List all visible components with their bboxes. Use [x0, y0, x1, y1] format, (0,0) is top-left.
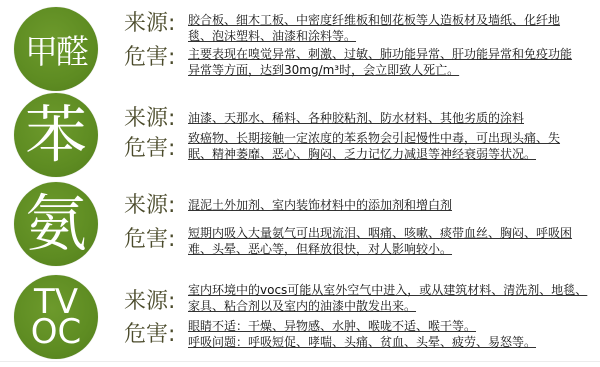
harm-text: 短期内吸入大量氨气可出现流泪、咽痛、咳嗽、痰带血丝、胸闷、呼吸困难、头晕、恶心等… — [188, 225, 588, 257]
source-label: 来源: — [124, 12, 175, 36]
section-formaldehyde: 甲醛 来源: 危害: 胶合板、细木工板、中密度纤维板和刨花板等人造板材及墙纸、化… — [0, 0, 600, 88]
harm-text: 致癌物、长期接触一定浓度的苯系物会引起慢性中毒，可出现头痛、失眠、精神萎靡、恶心… — [188, 130, 583, 162]
bottom-divider — [0, 361, 600, 362]
badge-title: 氨 — [25, 193, 87, 255]
section-tvoc: TV OC 来源: 危害: 室内环境中的vocs可能从室外空气中进入，或从建筑材… — [0, 266, 600, 367]
badge-title: 甲醛 — [25, 26, 87, 73]
source-text: 混泥土外加剂、室内装饰材料中的添加剂和增白剂 — [188, 197, 588, 213]
formaldehyde-badge: 甲醛 — [14, 7, 98, 91]
source-label: 来源: — [124, 290, 175, 314]
source-label: 来源: — [124, 107, 175, 131]
harm-text: 主要表现在嗅觉异常、刺激、过敏、肺功能异常、肝功能异常和免疫功能异常等方面，达到… — [188, 46, 583, 78]
badge-title: 苯 — [25, 104, 87, 166]
source-text: 室内环境中的vocs可能从室外空气中进入，或从建筑材料、清洗剂、地毯、家具、粘合… — [188, 282, 588, 314]
harm-label: 危害: — [124, 46, 175, 70]
source-label: 来源: — [124, 194, 175, 218]
section-benzene: 苯 来源: 危害: 油漆、天那水、稀料、各种胶粘剂、防水材料、其他劣质的涂料 致… — [0, 88, 600, 176]
harm-text-line1: 眼睛不适：干燥、异物感、水肿、喉咙不适、喉干等。 — [188, 318, 588, 334]
source-text: 油漆、天那水、稀料、各种胶粘剂、防水材料、其他劣质的涂料 — [188, 110, 598, 126]
benzene-badge: 苯 — [14, 93, 98, 177]
harm-label: 危害: — [124, 323, 175, 347]
badge-title-line2: OC — [31, 317, 82, 347]
ammonia-badge: 氨 — [14, 182, 98, 266]
source-text: 胶合板、细木工板、中密度纤维板和刨花板等人造板材及墙纸、化纤地毯、泡沫塑料、油漆… — [188, 12, 583, 44]
tvoc-badge: TV OC — [14, 275, 98, 359]
harm-label: 危害: — [124, 137, 175, 161]
harm-text-line2: 呼吸问题：呼吸短促、哮喘、头痛、贫血、头晕、疲劳、易怒等。 — [188, 334, 588, 350]
section-ammonia: 氨 来源: 危害: 混泥土外加剂、室内装饰材料中的添加剂和增白剂 短期内吸入大量… — [0, 176, 600, 266]
badge-title: TV OC — [31, 287, 82, 347]
harm-label: 危害: — [124, 228, 175, 252]
